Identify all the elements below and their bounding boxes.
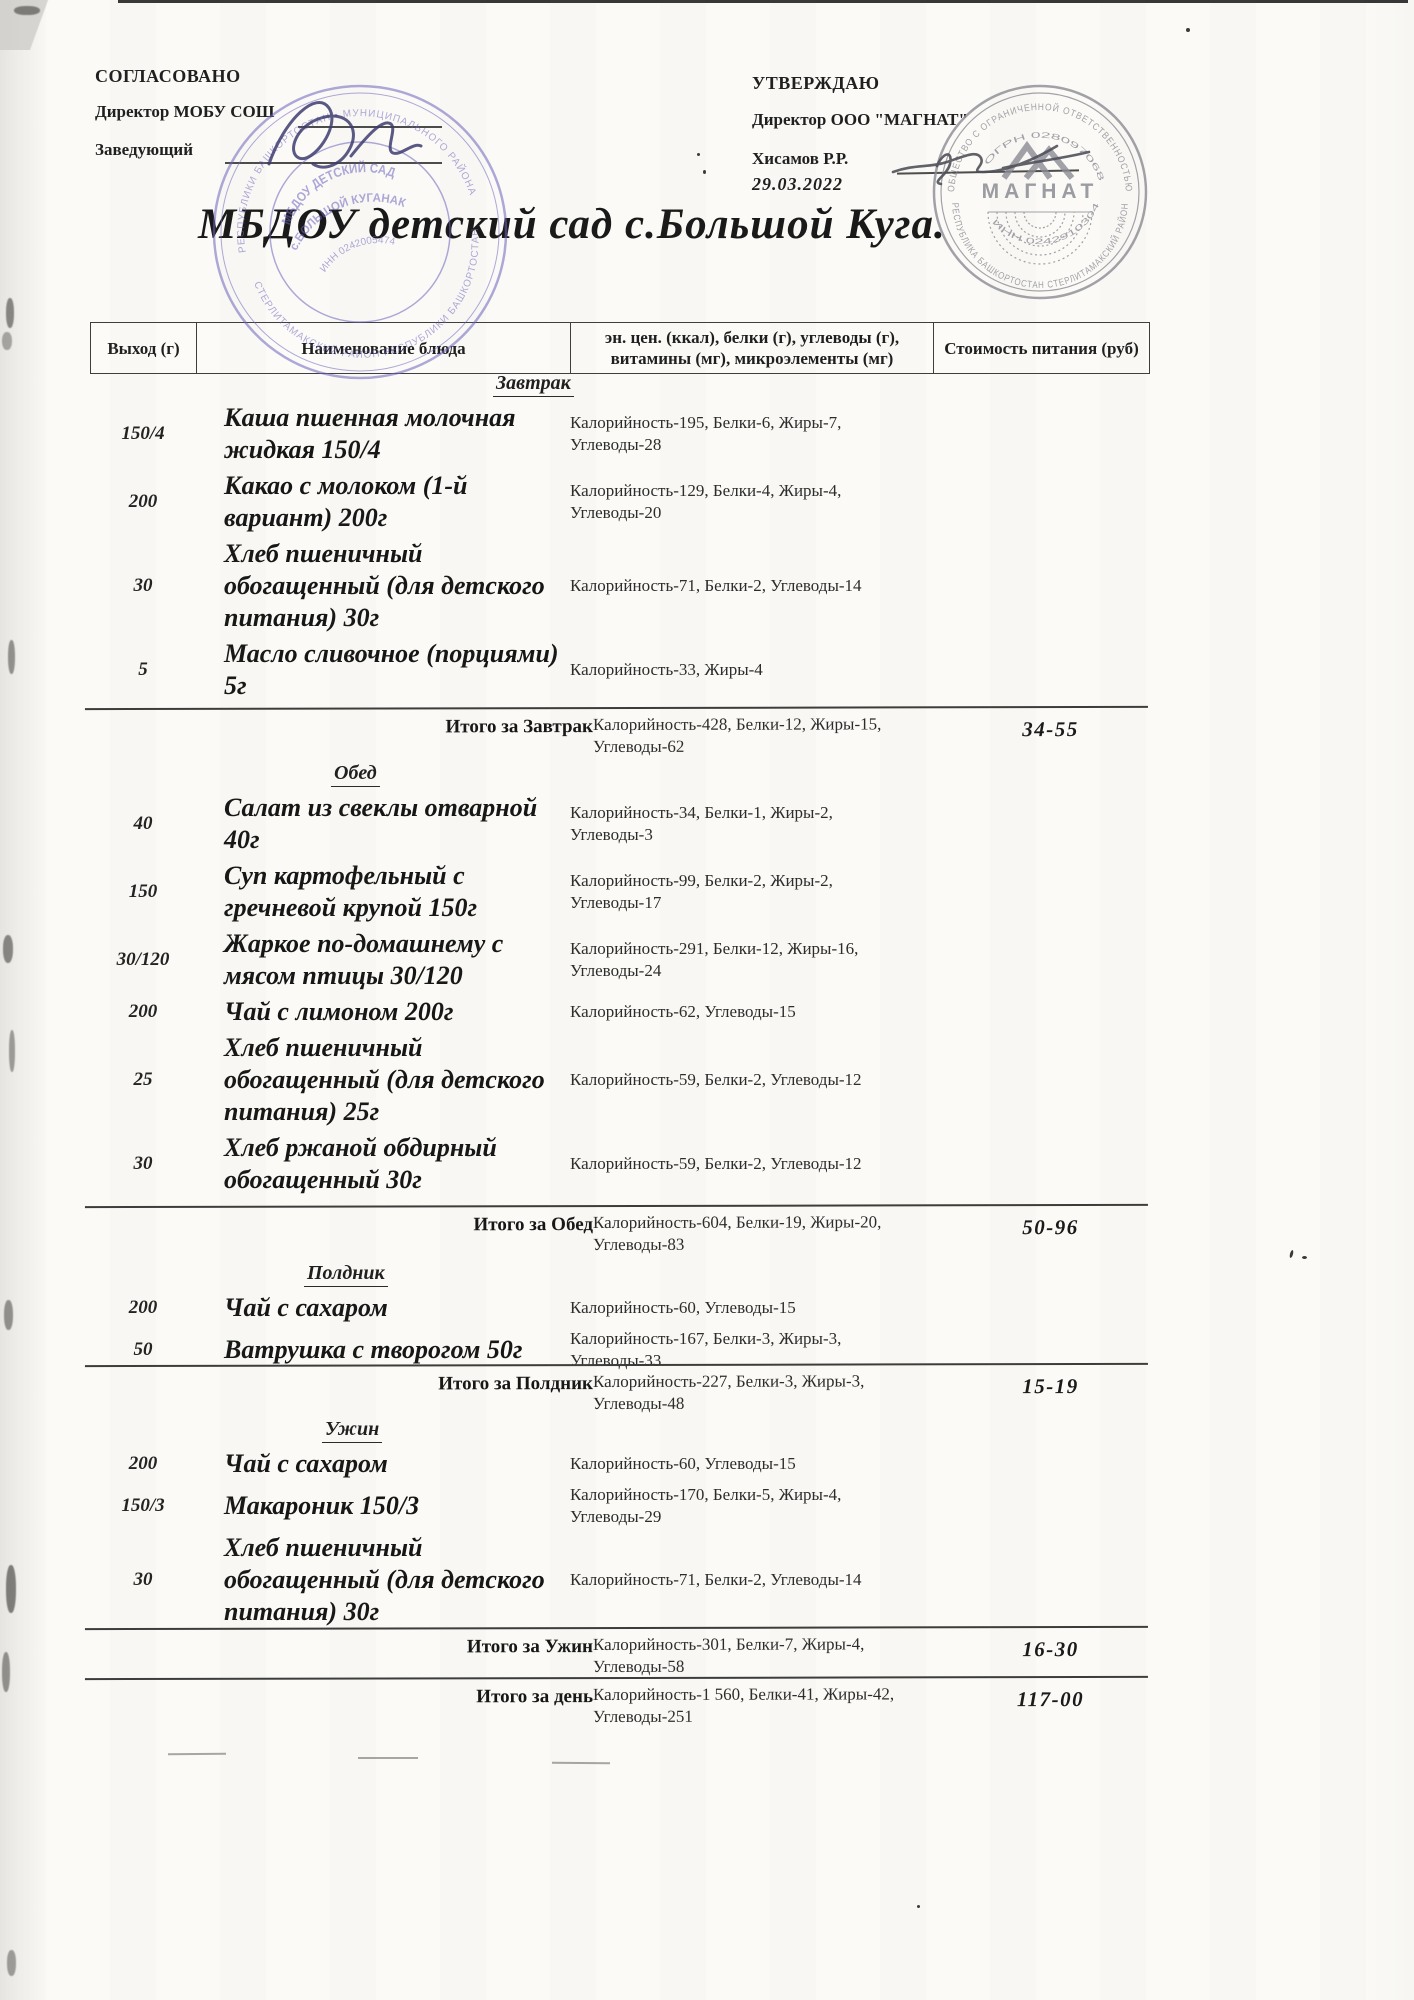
approved-role: Директор ООО "МАГНАТ": [752, 110, 968, 130]
menu-section-2: Обед40Салат из свеклы отварной 40гКалори…: [90, 762, 1150, 1200]
section-title: Обед: [331, 762, 380, 787]
day-total: Итого за деньКалорийность-1 560, Белки-4…: [85, 1676, 1148, 1729]
portion-size: 200: [90, 1453, 196, 1475]
section-total-3: Итого за ПолдникКалорийность-227, Белки-…: [85, 1363, 1148, 1416]
dish-name: Хлеб ржаной обдирный обогащенный 30г: [196, 1132, 570, 1196]
agreed-heading: СОГЛАСОВАНО: [95, 66, 241, 87]
total-price: 16-30: [953, 1633, 1148, 1662]
portion-size: 150: [90, 881, 196, 903]
total-price: 15-19: [953, 1370, 1148, 1399]
nutrition-info: Калорийность-129, Белки-4, Жиры-4, Углев…: [570, 480, 933, 524]
portion-size: 30/120: [90, 949, 196, 971]
dish-name: Масло сливочное (порциями) 5г: [196, 638, 570, 702]
portion-size: 50: [90, 1339, 196, 1361]
footer-line: [168, 1753, 226, 1755]
scan-artifact: [4, 1300, 13, 1330]
scan-speck: [1302, 1256, 1307, 1259]
menu-row: 30Хлеб пшеничный обогащенный (для детско…: [90, 538, 1150, 634]
menu-row: 40Салат из свеклы отварной 40гКалорийнос…: [90, 792, 1150, 856]
nutrition-info: Калорийность-62, Углеводы-15: [570, 1001, 933, 1023]
stamp-inn-text: ИНН 0242910304: [990, 200, 1101, 246]
portion-size: 200: [90, 491, 196, 513]
scan-artifact: [14, 6, 40, 15]
portion-size: 30: [90, 575, 196, 597]
svg-text:ОБЩЕСТВО С ОГРАНИЧЕННОЙ ОТВЕТС: ОБЩЕСТВО С ОГРАНИЧЕННОЙ ОТВЕТСТВЕННОСТЬЮ: [946, 102, 1134, 193]
menu-row: 200Какао с молоком (1-й вариант) 200гКал…: [90, 470, 1150, 534]
nutrition-info: Калорийность-291, Белки-12, Жиры-16, Угл…: [570, 938, 933, 982]
total-label: Итого за Ужин: [85, 1634, 593, 1659]
portion-size: 5: [90, 659, 196, 681]
portion-size: 30: [90, 1569, 196, 1591]
nutrition-info: Калорийность-60, Углеводы-15: [570, 1453, 933, 1475]
footer-line: [358, 1757, 418, 1759]
signature-line: [225, 162, 442, 164]
stamp-ring-text: РЕСПУБЛИКА БАШКОРТОСТАН СТЕРЛИТАМАКСКИЙ …: [949, 202, 1131, 291]
nutrition-info: Калорийность-59, Белки-2, Углеводы-12: [570, 1153, 933, 1175]
total-nutrition: Калорийность-604, Белки-19, Жиры-20, Угл…: [593, 1211, 953, 1256]
total-nutrition: Калорийность-227, Белки-3, Жиры-3, Углев…: [593, 1370, 953, 1415]
scan-artifact: [2, 332, 12, 350]
portion-size: 200: [90, 1001, 196, 1023]
stamp-brand-name: МАГНАТ: [982, 180, 1099, 203]
col-header-output: Выход (г): [91, 323, 197, 373]
dish-name: Хлеб пшеничный обогащенный (для детского…: [196, 538, 570, 634]
scan-artifact: [6, 1565, 16, 1613]
total-label: Итого за Обед: [85, 1212, 593, 1237]
director-signature: [885, 126, 1100, 188]
total-price: 117-00: [953, 1683, 1148, 1712]
signature-line: [897, 169, 1079, 174]
section-total-1: Итого за ЗавтракКалорийность-428, Белки-…: [85, 706, 1148, 759]
dish-name: Хлеб пшеничный обогащенный (для детского…: [196, 1532, 570, 1628]
dish-name: Чай с сахаром: [196, 1448, 570, 1480]
menu-row: 200Чай с сахаромКалорийность-60, Углевод…: [90, 1292, 1150, 1324]
scan-artifact: [2, 1652, 10, 1692]
svg-text:ИНН 0242910304: ИНН 0242910304: [990, 200, 1101, 246]
total-nutrition: Калорийность-301, Белки-7, Жиры-4, Углев…: [593, 1633, 953, 1678]
approved-heading: УТВЕРЖДАЮ: [752, 73, 880, 94]
menu-row: 25Хлеб пшеничный обогащенный (для детско…: [90, 1032, 1150, 1128]
svg-text:ОГРН 0280970684: ОГРН 0280970684: [982, 130, 1106, 194]
total-label: Итого за день: [85, 1684, 593, 1709]
scan-speck: [917, 1905, 920, 1908]
portion-size: 40: [90, 813, 196, 835]
menu-row: 30Хлеб пшеничный обогащенный (для детско…: [90, 1532, 1150, 1628]
menu-row: 150 Суп картофельный с гречневой крупой …: [90, 860, 1150, 924]
scan-artifact: [9, 1030, 15, 1072]
section-title-row: Завтрак: [90, 372, 1150, 402]
menu-row: 200Чай с лимоном 200гКалорийность-62, Уг…: [90, 996, 1150, 1028]
dish-name: Чай с лимоном 200г: [196, 996, 570, 1028]
signature-line: [298, 126, 442, 128]
dish-name: Суп картофельный с гречневой крупой 150г: [196, 860, 570, 924]
scan-speck: [703, 170, 706, 174]
menu-section-1: Завтрак150/4Каша пшенная молочная жидкая…: [90, 372, 1150, 706]
menu-row: 150/4Каша пшенная молочная жидкая 150/4К…: [90, 402, 1150, 466]
scan-speck: [697, 153, 700, 156]
portion-size: 150/3: [90, 1495, 196, 1517]
dish-name: Жаркое по-домашнему с мясом птицы 30/120: [196, 928, 570, 992]
total-label: Итого за Полдник: [85, 1371, 593, 1396]
dish-name: Каша пшенная молочная жидкая 150/4: [196, 402, 570, 466]
menu-row: 30Хлеб ржаной обдирный обогащенный 30гКа…: [90, 1132, 1150, 1196]
col-header-price: Стоимость питания (руб): [934, 323, 1149, 373]
table-header: Выход (г) Наименование блюда эн. цен. (к…: [90, 322, 1150, 374]
svg-text:РЕСПУБЛИКА БАШКОРТОСТАН СТЕРЛИ: РЕСПУБЛИКА БАШКОРТОСТАН СТЕРЛИТАМАКСКИЙ …: [949, 202, 1131, 291]
section-total-2: Итого за ОбедКалорийность-604, Белки-19,…: [85, 1204, 1148, 1257]
dish-name: Ватрушка с творогом 50г: [196, 1334, 570, 1366]
agreed-role-head: Заведующий: [95, 140, 193, 160]
mountains-logo-icon: [1004, 146, 1072, 178]
approval-date: 29.03.2022: [752, 174, 843, 195]
nutrition-info: Калорийность-59, Белки-2, Углеводы-12: [570, 1069, 933, 1091]
section-title-row: Ужин: [90, 1418, 1150, 1448]
scan-artifact: [3, 935, 13, 963]
scan-artifact: [7, 1950, 16, 1976]
nutrition-info: Калорийность-34, Белки-1, Жиры-2, Углево…: [570, 802, 933, 846]
menu-row: 5Масло сливочное (порциями) 5гКалорийнос…: [90, 638, 1150, 702]
scan-edge-line: [118, 0, 1408, 3]
nutrition-info: Калорийность-99, Белки-2, Жиры-2, Углево…: [570, 870, 933, 914]
section-title-row: Обед: [90, 762, 1150, 792]
dish-name: Чай с сахаром: [196, 1292, 570, 1324]
nutrition-info: Калорийность-170, Белки-5, Жиры-4, Углев…: [570, 1484, 933, 1528]
nutrition-info: Калорийность-71, Белки-2, Углеводы-14: [570, 1569, 933, 1591]
section-title: Полдник: [304, 1262, 388, 1287]
scanned-menu-document: СОГЛАСОВАНО Директор МОБУ СОШ Заведующий…: [0, 0, 1414, 2000]
menu-section-4: Ужин200Чай с сахаромКалорийность-60, Угл…: [90, 1418, 1150, 1632]
menu-row: 150/3Макароник 150/3Калорийность-170, Бе…: [90, 1484, 1150, 1528]
dish-name: Салат из свеклы отварной 40г: [196, 792, 570, 856]
col-header-dish: Наименование блюда: [197, 323, 571, 373]
stamp-ogrn-text: ОГРН 0280970684: [982, 130, 1106, 194]
total-price: 50-96: [953, 1211, 1148, 1240]
scan-speck: [1289, 1250, 1294, 1259]
dish-name: Какао с молоком (1-й вариант) 200г: [196, 470, 570, 534]
total-nutrition: Калорийность-428, Белки-12, Жиры-15, Угл…: [593, 713, 953, 758]
agreed-role-director: Директор МОБУ СОШ: [95, 102, 274, 122]
dish-name: Хлеб пшеничный обогащенный (для детского…: [196, 1032, 570, 1128]
page-title: МБДОУ детский сад с.Большой Куга.: [198, 200, 946, 249]
section-title-row: Полдник: [90, 1262, 1150, 1292]
approver-name: Хисамов Р.Р.: [752, 149, 848, 169]
scan-artifact: [8, 640, 15, 674]
nutrition-info: Калорийность-33, Жиры-4: [570, 659, 933, 681]
footer-line: [552, 1762, 610, 1764]
fan-ornament: [988, 212, 1092, 264]
scan-speck: [1186, 28, 1190, 32]
total-price: 34-55: [953, 713, 1148, 742]
dish-name: Макароник 150/3: [196, 1490, 570, 1522]
section-title: Завтрак: [493, 372, 574, 397]
section-total-4: Итого за УжинКалорийность-301, Белки-7, …: [85, 1626, 1148, 1679]
total-nutrition: Калорийность-1 560, Белки-41, Жиры-42, У…: [593, 1683, 953, 1728]
menu-section-3: Полдник200Чай с сахаромКалорийность-60, …: [90, 1262, 1150, 1376]
nutrition-info: Калорийность-71, Белки-2, Углеводы-14: [570, 575, 933, 597]
col-header-nutrition: эн. цен. (ккал), белки (г), углеводы (г)…: [571, 323, 934, 373]
scan-artifact: [6, 298, 14, 328]
section-title: Ужин: [322, 1418, 382, 1443]
stamp-ring-text: ОБЩЕСТВО С ОГРАНИЧЕННОЙ ОТВЕТСТВЕННОСТЬЮ: [946, 102, 1134, 193]
nutrition-info: Калорийность-60, Углеводы-15: [570, 1297, 933, 1319]
portion-size: 150/4: [90, 423, 196, 445]
total-label: Итого за Завтрак: [85, 714, 593, 739]
menu-row: 200Чай с сахаромКалорийность-60, Углевод…: [90, 1448, 1150, 1480]
portion-size: 25: [90, 1069, 196, 1091]
portion-size: 200: [90, 1297, 196, 1319]
menu-row: 30/120Жаркое по-домашнему с мясом птицы …: [90, 928, 1150, 992]
portion-size: 30: [90, 1153, 196, 1175]
nutrition-info: Калорийность-195, Белки-6, Жиры-7, Углев…: [570, 412, 933, 456]
